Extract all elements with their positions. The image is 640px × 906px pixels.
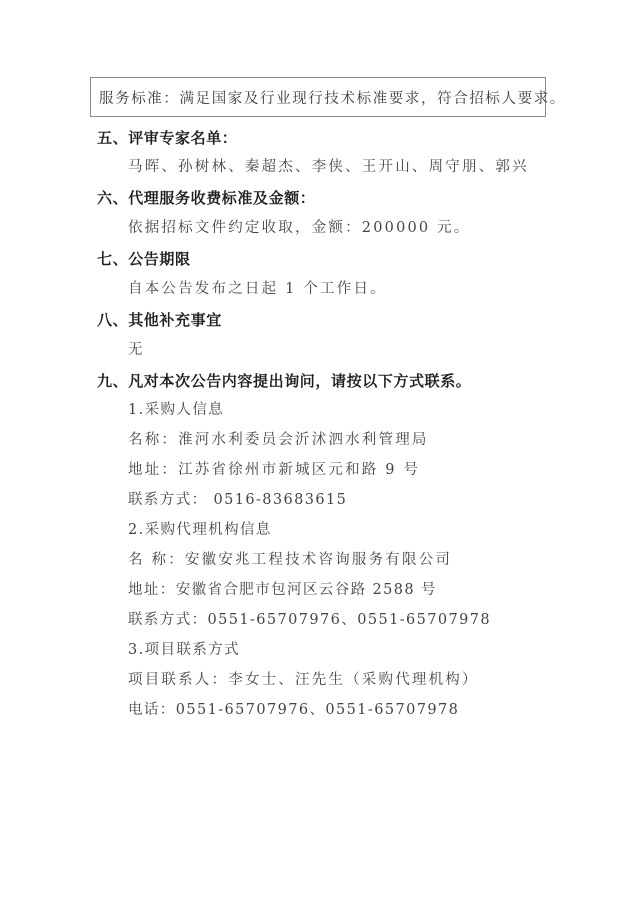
purchaser-address: 地址：江苏省徐州市新城区元和路 9 号 bbox=[128, 460, 420, 480]
agency-address: 地址：安徽省合肥市包河区云谷路 2588 号 bbox=[128, 580, 437, 600]
section-heading-other-matters: 八、其他补充事宜 bbox=[97, 310, 222, 330]
agency-contact: 联系方式：0551-65707976、0551-65707978 bbox=[128, 610, 491, 630]
section-heading-contact: 九、凡对本次公告内容提出询问，请按以下方式联系。 bbox=[97, 371, 471, 391]
project-contact-title: 3.项目联系方式 bbox=[128, 640, 240, 660]
purchaser-name: 名称：淮河水利委员会沂沭泗水利管理局 bbox=[128, 430, 429, 450]
agency-name: 名 称：安徽安兆工程技术咨询服务有限公司 bbox=[128, 550, 452, 570]
announcement-period-text: 自本公告发布之日起 1 个工作日。 bbox=[128, 279, 387, 299]
purchaser-contact: 联系方式： 0516-83683615 bbox=[128, 490, 347, 510]
service-standard-text: 服务标准：满足国家及行业现行技术标准要求，符合招标人要求。 bbox=[99, 87, 566, 108]
project-contact-phone: 电话：0551-65707976、0551-65707978 bbox=[128, 700, 459, 720]
agency-info-title: 2.采购代理机构信息 bbox=[128, 520, 272, 540]
document-page: 服务标准：满足国家及行业现行技术标准要求，符合招标人要求。 五、评审专家名单： … bbox=[0, 0, 640, 906]
other-matters-text: 无 bbox=[128, 340, 145, 360]
section-heading-announcement-period: 七、公告期限 bbox=[97, 249, 191, 269]
section-heading-agency-fee: 六、代理服务收费标准及金额： bbox=[97, 188, 315, 208]
purchaser-info-title: 1.采购人信息 bbox=[128, 400, 224, 420]
project-contact-persons: 项目联系人：李女士、汪先生（采购代理机构） bbox=[128, 670, 479, 690]
service-standard-box: 服务标准：满足国家及行业现行技术标准要求，符合招标人要求。 bbox=[90, 77, 546, 117]
expert-names: 马晖、孙树林、秦超杰、李侠、王开山、周守朋、郭兴 bbox=[128, 157, 529, 177]
section-heading-expert-list: 五、评审专家名单： bbox=[97, 128, 237, 148]
agency-fee-amount: 依据招标文件约定收取，金额：200000 元。 bbox=[128, 218, 471, 238]
